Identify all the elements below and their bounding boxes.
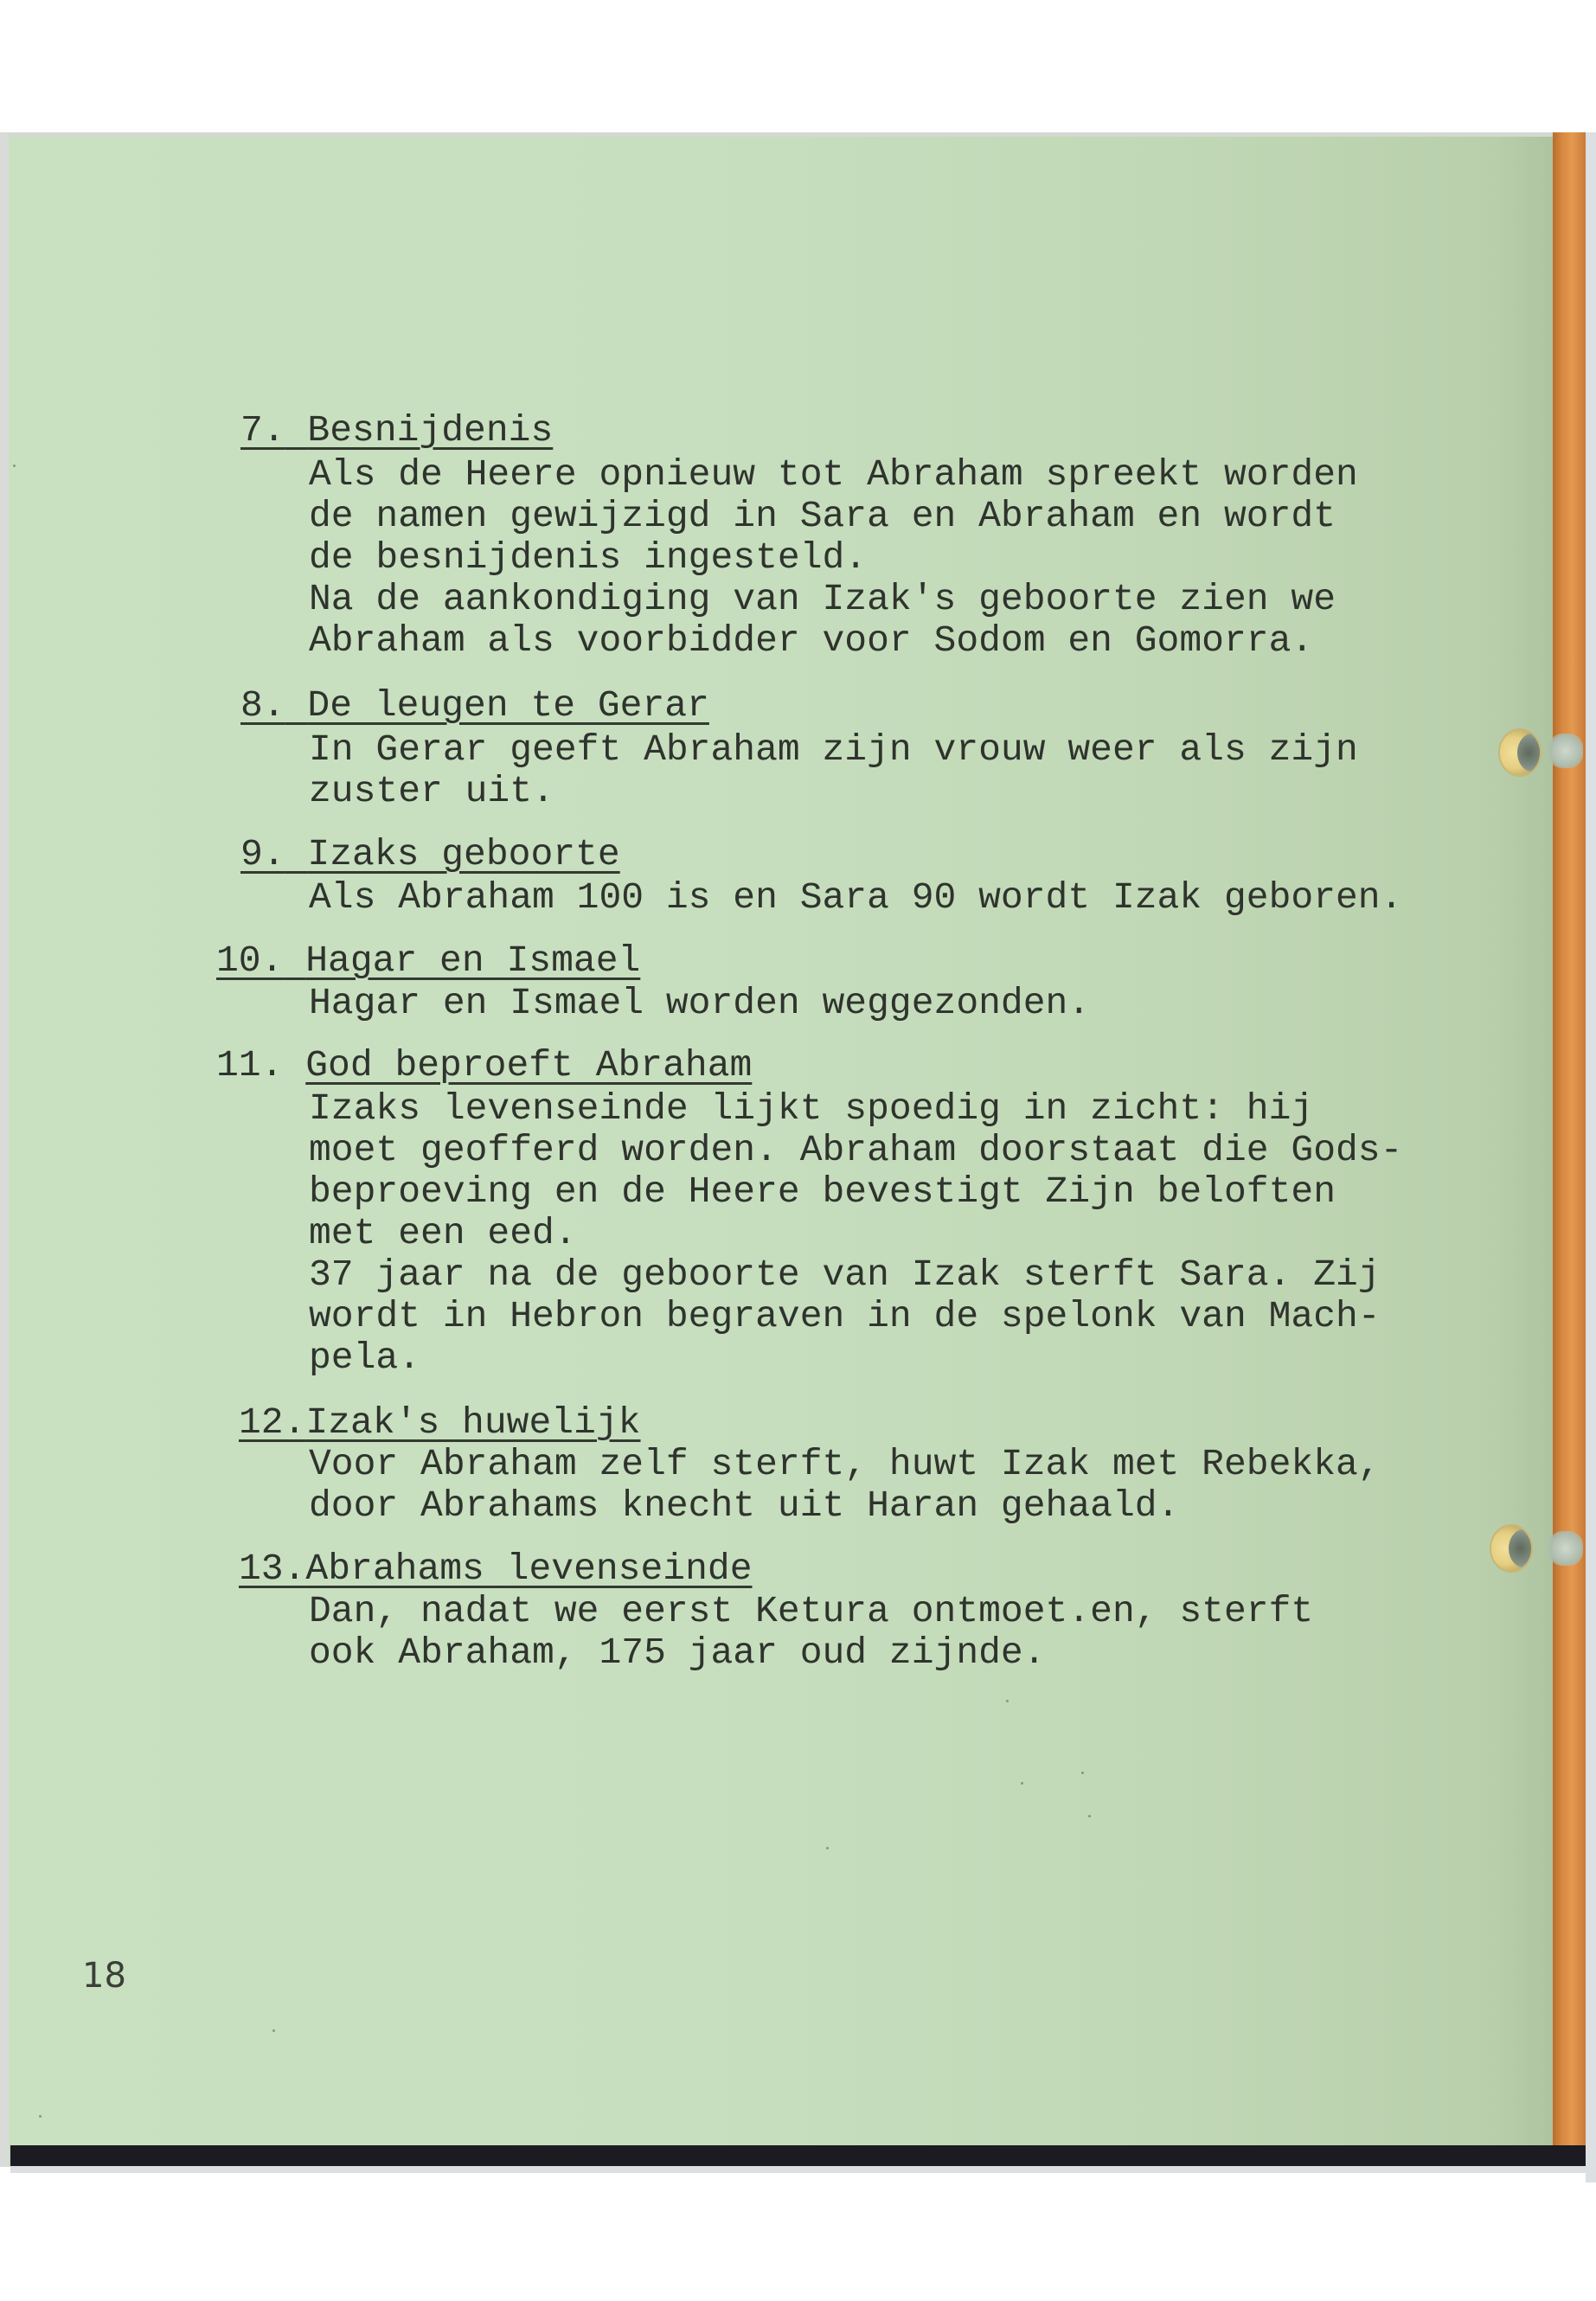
section-number: 8. xyxy=(240,684,285,727)
body-line: Voor Abraham zelf sterft, huwt Izak met … xyxy=(309,1444,1381,1485)
body-line: wordt in Hebron begraven in de spelonk v… xyxy=(309,1296,1381,1337)
section-title: Izaks geboorte xyxy=(307,833,619,875)
paper-speck xyxy=(1006,1700,1009,1702)
paper-speck xyxy=(1088,1815,1091,1817)
body-line: met een eed. xyxy=(309,1213,577,1254)
section-title: God beproeft Abraham xyxy=(305,1044,752,1086)
section-number: 9. xyxy=(240,833,285,875)
body-line: moet geofferd worden. Abraham doorstaat … xyxy=(309,1130,1402,1171)
body-line: door Abrahams knecht uit Haran gehaald. xyxy=(309,1485,1179,1527)
body-line: Als Abraham 100 is en Sara 90 wordt Izak… xyxy=(309,877,1402,919)
paper-speck xyxy=(1081,1772,1084,1774)
body-line: de besnijdenis ingesteld. xyxy=(309,537,867,579)
section-heading: 8. De leugen te Gerar xyxy=(240,685,709,727)
page-content: 7. Besnijdenis Als de Heere opnieuw tot … xyxy=(0,0,1596,2301)
paper-speck xyxy=(39,2115,42,2118)
section-title: Abrahams levenseinde xyxy=(305,1548,752,1590)
section-number: 13. xyxy=(239,1548,305,1590)
body-line: Izaks levenseinde lijkt spoedig in zicht… xyxy=(309,1088,1313,1130)
paper-speck xyxy=(13,465,16,467)
section-number: 10. xyxy=(216,939,283,982)
paper-speck xyxy=(1021,1782,1023,1785)
body-line: 37 jaar na de geboorte van Izak sterft S… xyxy=(309,1254,1381,1296)
body-line: Abraham als voorbidder voor Sodom en Gom… xyxy=(309,620,1313,662)
section-number: 12. xyxy=(239,1401,305,1444)
section-title: De leugen te Gerar xyxy=(307,684,708,727)
body-line: pela. xyxy=(309,1337,420,1379)
section-title: Besnijdenis xyxy=(307,409,553,452)
section-number: 11. xyxy=(216,1044,283,1086)
section-title: Hagar en Ismael xyxy=(305,939,640,982)
body-line: Als de Heere opnieuw tot Abraham spreekt… xyxy=(309,454,1358,496)
section-heading: 10. Hagar en Ismael xyxy=(216,940,640,982)
body-line: In Gerar geeft Abraham zijn vrouw weer a… xyxy=(309,729,1358,771)
section-number: 7. xyxy=(240,409,285,452)
body-line: ook Abraham, 175 jaar oud zijnde. xyxy=(309,1632,1046,1674)
body-line: zuster uit. xyxy=(309,771,554,812)
section-heading: 9. Izaks geboorte xyxy=(240,834,620,875)
body-line: de namen gewijzigd in Sara en Abraham en… xyxy=(309,496,1336,537)
body-line: Hagar en Ismael worden weggezonden. xyxy=(309,983,1090,1024)
section-title: Izak's huwelijk xyxy=(305,1401,640,1444)
paper-speck xyxy=(826,1847,829,1849)
section-heading: 7. Besnijdenis xyxy=(240,410,553,452)
body-line: Na de aankondiging van Izak's geboorte z… xyxy=(309,579,1336,620)
section-heading: 13.Abrahams levenseinde xyxy=(239,1548,753,1590)
paper-speck xyxy=(272,2029,275,2032)
body-line: Dan, nadat we eerst Ketura ontmoet.en, s… xyxy=(309,1591,1313,1632)
section-heading: 12.Izak's huwelijk xyxy=(239,1402,641,1444)
page-number: 18 xyxy=(82,1956,126,1996)
body-line: beproeving en de Heere bevestigt Zijn be… xyxy=(309,1171,1336,1213)
section-heading: 11. God beproeft Abraham xyxy=(216,1045,752,1086)
